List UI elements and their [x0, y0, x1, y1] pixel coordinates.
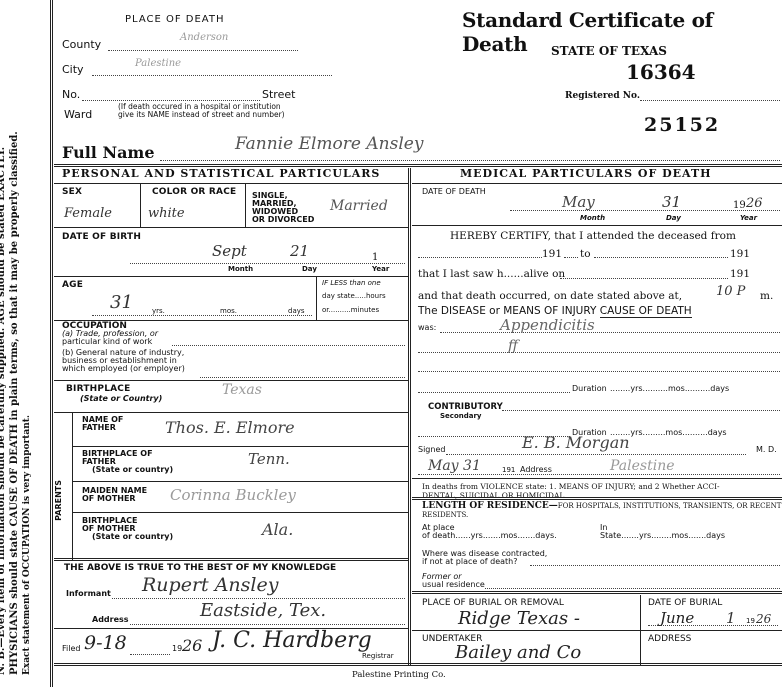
- place-of-death-title: PLACE OF DEATH: [125, 14, 225, 25]
- father-name-label: NAME OF FATHER: [82, 416, 123, 432]
- color-label: COLOR OR RACE: [152, 187, 236, 197]
- address-label: Address: [92, 616, 129, 624]
- filed-year[interactable]: 26: [182, 636, 202, 655]
- county-label: County: [62, 38, 101, 51]
- address-value[interactable]: Eastside, Tex.: [200, 600, 326, 621]
- left-border: [50, 0, 53, 687]
- father-name-value[interactable]: Thos. E. Elmore: [165, 418, 295, 437]
- full-name-label: Full Name: [62, 143, 155, 162]
- duration-units: ........yrs..........mos..........days: [610, 385, 729, 393]
- dod-label: DATE OF DEATH: [422, 188, 486, 196]
- dod-day[interactable]: 31: [662, 193, 681, 211]
- medical-section-title: MEDICAL PARTICULARS OF DEATH: [460, 167, 712, 180]
- secondary-label: Secondary: [440, 413, 481, 420]
- signed-year-prefix: 191: [502, 467, 515, 474]
- dod-month-caption: Month: [580, 215, 605, 222]
- father-birthplace-value[interactable]: Tenn.: [248, 450, 290, 468]
- dob-day[interactable]: 21: [290, 242, 309, 260]
- birthplace-label: BIRTHPLACE: [66, 384, 130, 394]
- informant-value[interactable]: Rupert Ansley: [142, 574, 278, 596]
- occupation-label: OCCUPATION (a) Trade, profession, or par…: [62, 322, 185, 373]
- birthplace-value[interactable]: Texas: [222, 382, 262, 398]
- certify-text: HEREBY CERTIFY, that I attended the dece…: [450, 230, 736, 242]
- state-label: STATE OF TEXAS: [551, 44, 667, 58]
- time-suffix: m.: [760, 290, 773, 302]
- at-place-label: At place of death......yrs.......mos....…: [422, 524, 557, 540]
- burial-date-year[interactable]: 26: [756, 612, 771, 626]
- personal-section-title: PERSONAL AND STATISTICAL PARTICULARS: [62, 167, 380, 180]
- occurred-text: and that death occurred, on date stated …: [418, 290, 682, 302]
- was-label: was:: [418, 324, 436, 332]
- dod-month[interactable]: May: [562, 193, 595, 211]
- last-saw-year: 191: [730, 268, 750, 280]
- ward-note: (If death occured in a hospital or insti…: [118, 103, 298, 119]
- residence-label: LENGTH OF RESIDENCE—FOR HOSPITALS, INSTI…: [422, 502, 782, 520]
- filed-label: Filed: [62, 645, 80, 653]
- parents-label: PARENTS: [54, 480, 72, 521]
- mother-name-label: MAIDEN NAME OF MOTHER: [82, 487, 147, 503]
- city-value[interactable]: Palestine: [135, 58, 181, 69]
- undertaker-address-label: ADDRESS: [648, 634, 691, 644]
- signed-date[interactable]: May 31: [428, 458, 481, 474]
- duration-label: Duration: [572, 385, 607, 393]
- burial-date-year-prefix: 19: [746, 618, 755, 625]
- to-label: to: [580, 248, 591, 260]
- age-yrs: yrs.: [152, 308, 165, 315]
- registrar-signature[interactable]: J. C. Hardberg: [212, 628, 372, 653]
- dod-year-caption: Year: [740, 215, 757, 222]
- age-value[interactable]: 31: [110, 292, 133, 313]
- dod-year-prefix: 19: [733, 200, 746, 211]
- day-caption: Day: [302, 266, 317, 273]
- birthplace-sub: (State or Country): [80, 395, 162, 403]
- registrar-label: Registrar: [362, 653, 394, 660]
- age-mos: mos.: [220, 308, 237, 315]
- footer-divider: [54, 663, 782, 666]
- signed-value[interactable]: E. B. Morgan: [522, 433, 630, 452]
- md-label: M. D.: [756, 446, 777, 454]
- signed-address-value[interactable]: Palestine: [610, 458, 675, 474]
- burial-date-day[interactable]: 1: [726, 609, 736, 627]
- last-saw-text: that I last saw h......alive on: [418, 268, 565, 280]
- cause-value[interactable]: Appendicitis: [500, 316, 595, 334]
- attest-text: THE ABOVE IS TRUE TO THE BEST OF MY KNOW…: [64, 563, 336, 573]
- registered-no-label: Registered No.: [565, 91, 640, 101]
- burial-place-value[interactable]: Ridge Texas -: [458, 608, 580, 629]
- no-label: No.: [62, 88, 80, 101]
- full-name-value[interactable]: Fannie Elmore Ansley: [235, 134, 423, 154]
- undertaker-value[interactable]: Bailey and Co: [455, 642, 581, 663]
- city-label: City: [62, 63, 84, 76]
- burial-date-month[interactable]: June: [660, 609, 694, 627]
- time-value[interactable]: 10 P: [716, 284, 745, 299]
- father-birthplace-label: BIRTHPLACE OF FATHER (State or country): [82, 450, 173, 474]
- sex-label: SEX: [62, 187, 82, 197]
- color-value[interactable]: white: [148, 206, 185, 221]
- filed-year-prefix: 19: [172, 645, 182, 653]
- to-year: 191: [730, 248, 750, 260]
- ward-label: Ward: [64, 108, 92, 121]
- less-than-day-1: IF LESS than one: [322, 280, 381, 287]
- sex-value[interactable]: Female: [64, 206, 112, 221]
- where-contracted-label: Where was disease contracted, if not at …: [422, 550, 547, 566]
- informant-label: Informant: [66, 590, 111, 598]
- county-value[interactable]: Anderson: [180, 32, 228, 43]
- mother-birthplace-value[interactable]: Ala.: [262, 520, 293, 539]
- dob-label: DATE OF BIRTH: [62, 232, 141, 242]
- signed-label: Signed: [418, 446, 445, 454]
- dob-month[interactable]: Sept: [212, 242, 247, 260]
- less-than-day-2: day state.....hours: [322, 293, 386, 300]
- in-state-label: In State.......yrs........mos.......days: [600, 524, 725, 540]
- file-number: 16364: [626, 60, 696, 84]
- from-year: 191: [542, 248, 562, 260]
- street-label: Street: [262, 88, 295, 101]
- mother-name-value[interactable]: Corinna Buckley: [170, 486, 296, 504]
- dod-day-caption: Day: [666, 215, 681, 222]
- burial-place-label: PLACE OF BURIAL OR REMOVAL: [422, 598, 564, 608]
- year-caption: Year: [372, 266, 389, 273]
- registered-no-value: 25152: [644, 114, 720, 136]
- dod-year[interactable]: 26: [746, 196, 763, 211]
- age-days: days: [288, 308, 305, 315]
- month-caption: Month: [228, 266, 253, 273]
- marital-value[interactable]: Married: [330, 198, 388, 214]
- dob-year[interactable]: 1: [372, 252, 378, 263]
- marital-label: SINGLE, MARRIED, WIDOWED OR DIVORCED: [252, 192, 314, 224]
- sidebar-instructions: N. B.—Every item of information should b…: [0, 35, 45, 675]
- mother-birthplace-label: BIRTHPLACE OF MOTHER (State or country): [82, 517, 173, 541]
- signed-address-label: Address: [520, 466, 552, 474]
- contributory-label: CONTRIBUTORY: [428, 402, 503, 412]
- age-label: AGE: [62, 280, 83, 290]
- burial-date-label: DATE OF BURIAL: [648, 598, 722, 608]
- former-residence-label: Former or usual residence: [422, 573, 485, 589]
- printer-credit: Palestine Printing Co.: [352, 670, 446, 680]
- less-than-day-3: or..........minutes: [322, 307, 379, 314]
- filed-date[interactable]: 9-18: [84, 632, 127, 654]
- center-divider: [408, 168, 411, 666]
